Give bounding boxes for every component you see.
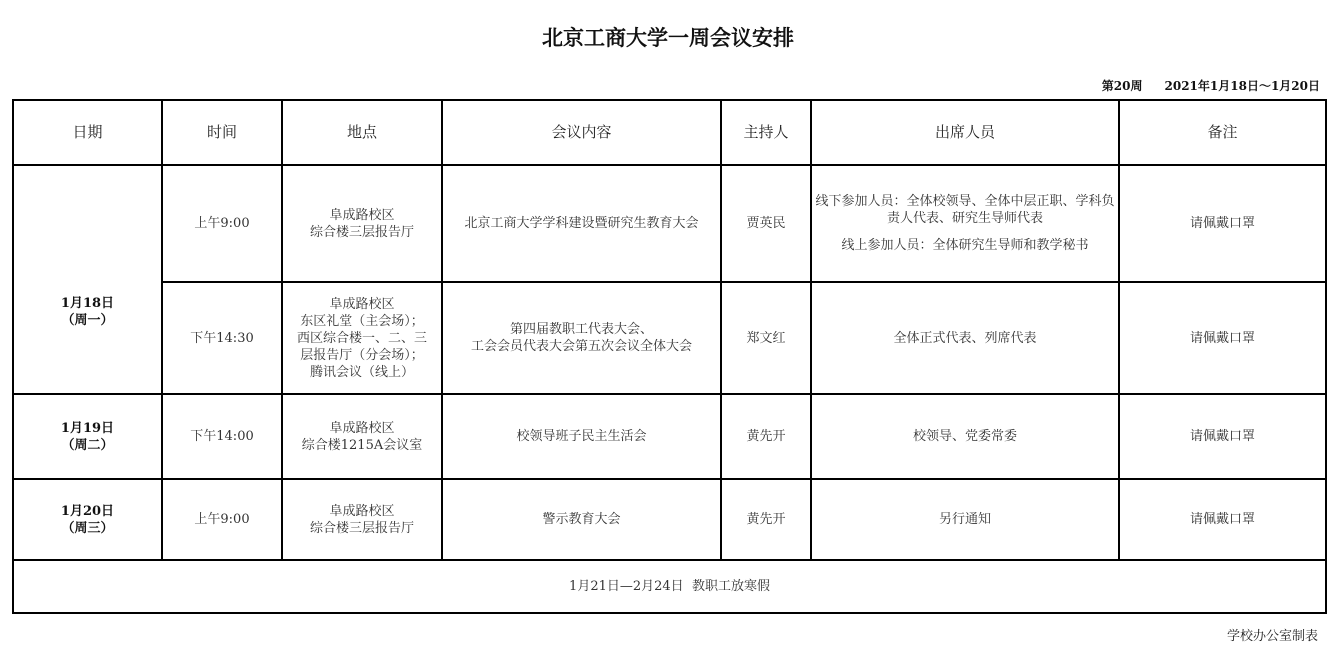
content-cell: 北京工商大学学科建设暨研究生教育大会 bbox=[442, 165, 721, 282]
location-line: 阜成路校区 bbox=[285, 420, 439, 437]
holiday-row: 1月21日—2月24日 教职工放寒假 bbox=[13, 560, 1326, 613]
meeting-schedule-table: 日期 时间 地点 会议内容 主持人 出席人员 备注 1月18日 （周一） 上午9… bbox=[12, 99, 1327, 614]
location-line: 阜成路校区 bbox=[285, 207, 439, 224]
header-location: 地点 bbox=[282, 100, 442, 165]
header-host: 主持人 bbox=[721, 100, 811, 165]
weekday-label: （周二） bbox=[16, 437, 159, 454]
location-line: 综合楼三层报告厅 bbox=[285, 224, 439, 241]
host-cell: 郑文红 bbox=[721, 282, 811, 394]
table-row: 1月19日 （周二） 下午14:00 阜成路校区 综合楼1215A会议室 校领导… bbox=[13, 394, 1326, 479]
location-line: 阜成路校区 bbox=[285, 503, 439, 520]
attendees-cell: 另行通知 bbox=[811, 479, 1119, 560]
header-attendees: 出席人员 bbox=[811, 100, 1119, 165]
page-title: 北京工商大学一周会议安排 bbox=[0, 22, 1336, 52]
week-info: 第20周2021年1月18日～1月20日 bbox=[1102, 77, 1320, 94]
header-date: 日期 bbox=[13, 100, 162, 165]
location-line: 层报告厅（分会场）； bbox=[285, 347, 439, 364]
date-range: 2021年1月18日～1月20日 bbox=[1165, 79, 1321, 93]
note-cell: 请佩戴口罩 bbox=[1119, 282, 1326, 394]
note-cell: 请佩戴口罩 bbox=[1119, 165, 1326, 282]
content-line: 北京工商大学学科建设暨研究生教育大会 bbox=[443, 215, 720, 232]
attendees-offline: 线下参加人员：全体校领导、全体中层正职、学科负责人代表、研究生导师代表 bbox=[814, 193, 1116, 227]
time-cell: 下午14:00 bbox=[162, 394, 282, 479]
time-cell: 下午14:30 bbox=[162, 282, 282, 394]
content-cell: 校领导班子民主生活会 bbox=[442, 394, 721, 479]
content-cell: 第四届教职工代表大会、 工会会员代表大会第五次会议全体大会 bbox=[442, 282, 721, 394]
note-cell: 请佩戴口罩 bbox=[1119, 394, 1326, 479]
weekday-label: （周一） bbox=[16, 312, 159, 329]
table-row: 1月18日 （周一） 上午9:00 阜成路校区 综合楼三层报告厅 北京工商大学学… bbox=[13, 165, 1326, 282]
header-time: 时间 bbox=[162, 100, 282, 165]
content-line: 工会会员代表大会第五次会议全体大会 bbox=[445, 338, 718, 355]
attendees-cell: 校领导、党委常委 bbox=[811, 394, 1119, 479]
location-line: 腾讯会议（线上） bbox=[285, 364, 439, 381]
table-header-row: 日期 时间 地点 会议内容 主持人 出席人员 备注 bbox=[13, 100, 1326, 165]
location-cell: 阜成路校区 综合楼三层报告厅 bbox=[282, 165, 442, 282]
date-label: 1月19日 bbox=[16, 420, 159, 437]
host-cell: 黄先开 bbox=[721, 479, 811, 560]
location-line: 综合楼三层报告厅 bbox=[285, 520, 439, 537]
attendees-online: 线上参加人员：全体研究生导师和教学秘书 bbox=[814, 237, 1116, 254]
header-content: 会议内容 bbox=[442, 100, 721, 165]
location-line: 东区礼堂（主会场）； bbox=[285, 313, 439, 330]
content-line: 第四届教职工代表大会、 bbox=[445, 321, 718, 338]
host-cell: 贾英民 bbox=[721, 165, 811, 282]
location-cell: 阜成路校区 综合楼三层报告厅 bbox=[282, 479, 442, 560]
date-label: 1月20日 bbox=[16, 503, 159, 520]
week-label: 第20周 bbox=[1102, 79, 1143, 93]
location-cell: 阜成路校区 东区礼堂（主会场）； 西区综合楼一、二、三 层报告厅（分会场）； 腾… bbox=[282, 282, 442, 394]
date-cell: 1月18日 （周一） bbox=[13, 165, 162, 394]
date-label: 1月18日 bbox=[16, 295, 159, 312]
date-cell: 1月19日 （周二） bbox=[13, 394, 162, 479]
location-line: 阜成路校区 bbox=[285, 296, 439, 313]
host-cell: 黄先开 bbox=[721, 394, 811, 479]
date-cell: 1月20日 （周三） bbox=[13, 479, 162, 560]
table-row: 下午14:30 阜成路校区 东区礼堂（主会场）； 西区综合楼一、二、三 层报告厅… bbox=[13, 282, 1326, 394]
attendees-cell: 全体正式代表、列席代表 bbox=[811, 282, 1119, 394]
note-cell: 请佩戴口罩 bbox=[1119, 479, 1326, 560]
holiday-notice: 1月21日—2月24日 教职工放寒假 bbox=[13, 560, 1326, 613]
attendees-cell: 线下参加人员：全体校领导、全体中层正职、学科负责人代表、研究生导师代表 线上参加… bbox=[811, 165, 1119, 282]
location-cell: 阜成路校区 综合楼1215A会议室 bbox=[282, 394, 442, 479]
location-line: 西区综合楼一、二、三 bbox=[285, 330, 439, 347]
location-line: 综合楼1215A会议室 bbox=[285, 437, 439, 454]
time-cell: 上午9:00 bbox=[162, 165, 282, 282]
weekday-label: （周三） bbox=[16, 520, 159, 537]
footer-credit: 学校办公室制表 bbox=[1227, 625, 1318, 644]
table-row: 1月20日 （周三） 上午9:00 阜成路校区 综合楼三层报告厅 警示教育大会 … bbox=[13, 479, 1326, 560]
time-cell: 上午9:00 bbox=[162, 479, 282, 560]
content-cell: 警示教育大会 bbox=[442, 479, 721, 560]
header-note: 备注 bbox=[1119, 100, 1326, 165]
